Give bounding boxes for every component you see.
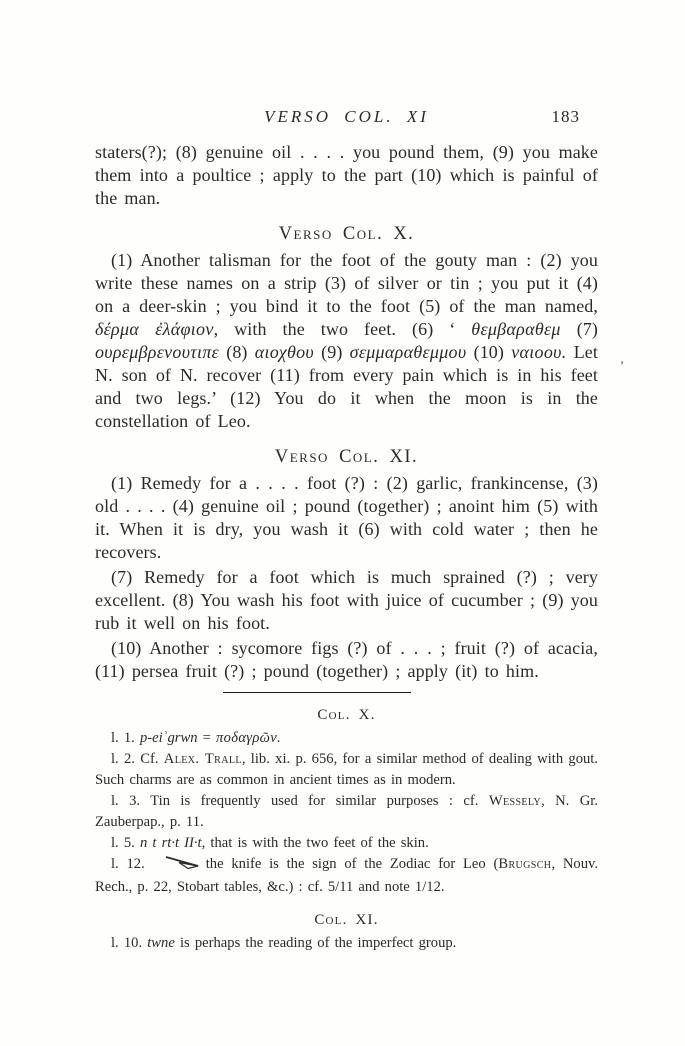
greek-magic-name: σεμμαραθεμμου (350, 342, 467, 362)
paragraph-segment: (8) (219, 342, 255, 362)
footnote-segment: = (198, 730, 217, 746)
footnote-line-1: l. 1. p-eiʾgrwn = ποδαγρῶν. (95, 728, 598, 749)
scan-artifact-mark: ’ (620, 358, 624, 373)
running-header-title: VERSO COL. XI (95, 106, 598, 128)
paragraph-verso-ix-continuation: staters(?); (8) genuine oil . . . . you … (95, 141, 598, 210)
footnote-segment: the knife is the sign of the Zodiac for … (206, 856, 499, 872)
footnote-segment: , that is with the two feet of the skin. (202, 835, 429, 851)
paragraph-verso-col-x: (1) Another talisman for the foot of the… (95, 249, 598, 433)
paragraph-remedy-3: (10) Another : sycomore figs (?) of . . … (95, 637, 598, 683)
greek-magic-name: αιοχθου (255, 342, 314, 362)
author-name: Wessely (489, 793, 541, 809)
footnote-line-12: l. 12.the knife is the sign of the Zodia… (95, 854, 598, 898)
book-page: VERSO COL. XI 183 staters(?); (8) genuin… (0, 0, 685, 1046)
footnote-segment: l. 12. (111, 856, 145, 872)
greek-magic-name: ναιοου. (511, 342, 566, 362)
greek-word: ποδαγρῶν. (216, 730, 281, 746)
footnote-divider-rule (223, 692, 411, 693)
footnote-line-3: l. 3. Tin is frequently used for similar… (95, 791, 598, 833)
paragraph-segment: (9) (314, 342, 350, 362)
footnote-line-10: l. 10. twne is perhaps the reading of th… (95, 933, 598, 954)
author-name: Brugsch (498, 856, 551, 872)
section-heading-verso-col-xi: Verso Col. XI. (95, 445, 598, 469)
section-heading-verso-col-x: Verso Col. X. (95, 222, 598, 246)
running-header: VERSO COL. XI 183 (95, 106, 598, 128)
paragraph-remedy-1: (1) Remedy for a . . . . foot (?) : (2) … (95, 472, 598, 564)
page-number: 183 (552, 106, 581, 128)
transliteration: twne (147, 935, 175, 951)
footnote-segment: is perhaps the reading of the imperfect … (175, 935, 457, 951)
paragraph-segment: (7) (561, 319, 598, 339)
footnote-segment: l. 1. (111, 730, 140, 746)
transliteration: n t rt·t II·t (140, 835, 202, 851)
footnote-line-5: l. 5. n t rt·t II·t, that is with the tw… (95, 833, 598, 854)
footnote-heading-col-xi: Col. XI. (95, 911, 598, 930)
author-name: Alex. Trall (164, 751, 242, 767)
greek-phrase: δέρμα ἐλάφιον (95, 319, 214, 339)
footnote-heading-col-x: Col. X. (95, 706, 598, 725)
transliteration: p-eiʾgrwn (140, 730, 198, 746)
paragraph-segment: (10) (466, 342, 511, 362)
paragraph-remedy-2: (7) Remedy for a foot which is much spra… (95, 566, 598, 635)
greek-magic-name: ουρεμβρενουτιπε (95, 342, 219, 362)
footnote-segment: l. 10. (111, 935, 147, 951)
footnote-segment: l. 5. (111, 835, 140, 851)
footnote-line-2: l. 2. Cf. Alex. Trall, lib. xi. p. 656, … (95, 749, 598, 791)
paragraph-segment: (1) Another talisman for the foot of the… (95, 250, 598, 316)
paragraph-segment: , with the two feet. (6) ‘ (214, 319, 472, 339)
greek-magic-name: θεμβαραθεμ (471, 319, 560, 339)
footnote-segment: l. 3. Tin is frequently used for similar… (111, 793, 489, 809)
footnote-segment: l. 2. Cf. (111, 751, 164, 767)
knife-hieroglyph-icon (149, 855, 201, 877)
text-block: VERSO COL. XI 183 staters(?); (8) genuin… (95, 106, 598, 954)
